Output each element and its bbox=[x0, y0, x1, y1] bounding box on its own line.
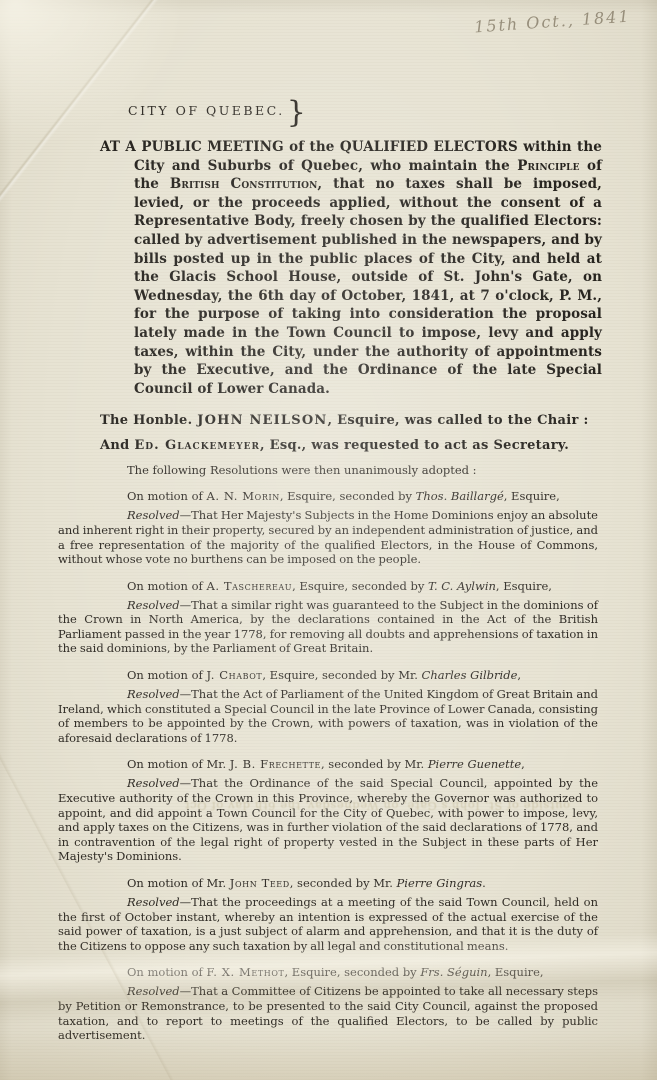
motion-tail: , bbox=[517, 668, 521, 682]
dateline-text: CITY OF QUEBEC. bbox=[128, 103, 285, 118]
resolved-label: Resolved bbox=[127, 687, 180, 701]
resolution-block-2: On motion of A. Taschereau, Esquire, sec… bbox=[58, 579, 598, 656]
seconder-name: Pierre Gingras bbox=[397, 876, 483, 890]
motion-intro: On motion of bbox=[127, 579, 206, 593]
secretary-name: Ed. Glackemeyer bbox=[134, 438, 260, 453]
motion-tail: . bbox=[482, 876, 486, 890]
motion-mid: , Esquire, seconded by Mr. bbox=[262, 668, 421, 682]
opening-body: , that no taxes shall be imposed, levied… bbox=[134, 176, 602, 397]
motion-line-5: On motion of Mr. John Teed, seconded by … bbox=[58, 876, 598, 890]
motion-line-4: On motion of Mr. J. B. Frechette, second… bbox=[58, 757, 598, 771]
resolution-text-2: Resolved—That a similar right was guaran… bbox=[58, 598, 598, 656]
opening-electors: QUALIFIED ELECTORS bbox=[340, 139, 518, 155]
document-scan: outside of St. John's Gate, on Wednesday… bbox=[0, 0, 657, 1080]
chair-name: JOHN NEILSON bbox=[197, 413, 327, 428]
mover-name: A. N. Morin bbox=[206, 489, 279, 503]
document-content: CITY OF QUEBEC.} AT A PUBLIC MEETING of … bbox=[58, 88, 598, 1043]
resolution-text-5: Resolved—That the proceedings at a meeti… bbox=[58, 895, 598, 953]
motion-line-1: On motion of A. N. Morin, Esquire, secon… bbox=[58, 489, 598, 503]
mover-name: J. B. Frechette bbox=[230, 757, 321, 771]
officers-block: The Honble. JOHN NEILSON, Esquire, was c… bbox=[100, 413, 598, 453]
seconder-name: Frs. Séguin bbox=[420, 965, 487, 979]
secretary-post: , Esq., was requested to act as Secretar… bbox=[260, 438, 569, 453]
preamble-line: The following Resolutions were then unan… bbox=[58, 463, 598, 477]
motion-mid: , Esquire, seconded by bbox=[284, 965, 420, 979]
resolution-block-3: On motion of J. Chabot, Esquire, seconde… bbox=[58, 668, 598, 745]
resolution-block-4: On motion of Mr. J. B. Frechette, second… bbox=[58, 757, 598, 864]
motion-tail: , Esquire, bbox=[496, 579, 552, 593]
motion-mid: , seconded by Mr. bbox=[290, 876, 397, 890]
motion-tail: , Esquire, bbox=[488, 965, 544, 979]
mover-name: F. X. Methot bbox=[206, 965, 284, 979]
motion-intro: On motion of Mr. bbox=[127, 757, 230, 771]
seconder-name: Charles Gilbride bbox=[422, 668, 518, 682]
mover-name: A. Taschereau bbox=[206, 579, 292, 593]
motion-line-3: On motion of J. Chabot, Esquire, seconde… bbox=[58, 668, 598, 682]
motion-intro: On motion of bbox=[127, 965, 206, 979]
motion-tail: , Esquire, bbox=[504, 489, 560, 503]
mover-name: John Teed bbox=[230, 876, 290, 890]
motion-intro: On motion of bbox=[127, 668, 206, 682]
chair-line: The Honble. JOHN NEILSON, Esquire, was c… bbox=[100, 413, 598, 428]
motion-intro: On motion of Mr. bbox=[127, 876, 230, 890]
resolution-text-3: Resolved—That the Act of Parliament of t… bbox=[58, 687, 598, 745]
dateline-brace: } bbox=[287, 95, 306, 130]
resolution-text-1: Resolved—That Her Majesty's Subjects in … bbox=[58, 508, 598, 566]
secretary-line: And Ed. Glackemeyer, Esq., was requested… bbox=[100, 438, 598, 453]
opening-paragraph: AT A PUBLIC MEETING of the QUALIFIED ELE… bbox=[100, 138, 602, 398]
motion-mid: , seconded by Mr. bbox=[321, 757, 428, 771]
resolution-block-5: On motion of Mr. John Teed, seconded by … bbox=[58, 876, 598, 953]
motion-line-6: On motion of F. X. Methot, Esquire, seco… bbox=[58, 965, 598, 979]
chair-post: , Esquire, was called to the Chair : bbox=[327, 413, 588, 428]
resolution-text-4: Resolved—That the Ordinance of the said … bbox=[58, 776, 598, 864]
motion-line-2: On motion of A. Taschereau, Esquire, sec… bbox=[58, 579, 598, 593]
resolved-label: Resolved bbox=[127, 598, 180, 612]
opening-seg-1: of the bbox=[284, 139, 340, 155]
resolved-label: Resolved bbox=[127, 508, 180, 522]
seconder-name: Thos. Baillargé bbox=[416, 489, 504, 503]
resolution-block-6: On motion of F. X. Methot, Esquire, seco… bbox=[58, 965, 598, 1042]
seconder-name: Pierre Guenette bbox=[428, 757, 521, 771]
resolution-block-1: On motion of A. N. Morin, Esquire, secon… bbox=[58, 489, 598, 566]
chair-pre: The Honble. bbox=[100, 413, 197, 428]
mover-name: J. Chabot bbox=[206, 668, 262, 682]
motion-tail: , bbox=[521, 757, 525, 771]
motion-intro: On motion of bbox=[127, 489, 206, 503]
dateline: CITY OF QUEBEC.} bbox=[128, 88, 598, 124]
handwritten-date-note: 15th Oct., 1841 bbox=[474, 7, 632, 37]
resolved-label: Resolved bbox=[127, 984, 180, 998]
opening-lead: AT A PUBLIC MEETING bbox=[100, 139, 284, 155]
opening-constitution: British Constitution bbox=[170, 176, 318, 192]
resolution-text-6: Resolved—That a Committee of Citizens be… bbox=[58, 984, 598, 1042]
resolved-label: Resolved bbox=[127, 776, 180, 790]
secretary-pre: And bbox=[100, 438, 134, 453]
motion-mid: , Esquire, seconded by bbox=[280, 489, 416, 503]
opening-principle: Principle bbox=[517, 158, 579, 174]
resolved-label: Resolved bbox=[127, 895, 180, 909]
motion-mid: , Esquire, seconded by bbox=[292, 579, 428, 593]
seconder-name: T. C. Aylwin bbox=[428, 579, 496, 593]
